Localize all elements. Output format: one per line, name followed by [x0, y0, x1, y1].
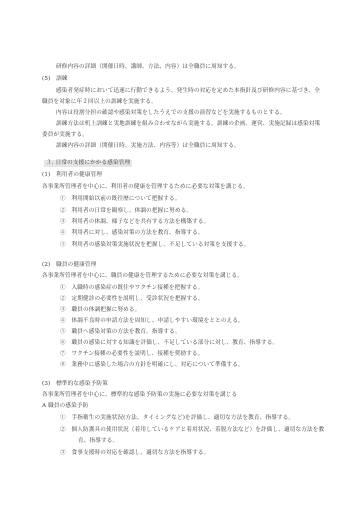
paragraph-line: 各事業所管理者を中心に、職員の健康を管理するために必要な対策を講じる。 [42, 273, 243, 280]
subsection-heading-staff-health: (2) 職員の健康管理 [42, 262, 96, 269]
list-item: ① 利用開始以前の既往歴について把握する。 [60, 196, 181, 203]
list-item: ③ 食事支援時の対応を確認し、適切な方法を指導する。 [60, 450, 209, 457]
list-item: ② 定期健診の必要性を説明し、受診状況を把握する。 [60, 296, 204, 303]
subsection-heading-drills: (5) 訓練 [42, 76, 68, 83]
training-details-line: 研修内容の詳細（開催日時、講師、方法、内容）は全職員に周知する。 [56, 64, 240, 71]
list-item: ⑧ 業務中に感染した場合の方針を明確にし、対応について準備する。 [60, 362, 244, 369]
list-item: ⑥ 職員の感染に対する知識を評価し、不足している部分に対し、教育、指導する。 [60, 340, 278, 347]
list-item: ⑤ 利用者の感染対策実施状況を把握し、不足している対策を支援する。 [60, 242, 250, 249]
paragraph-line: 各事業所管理者を中心に、利用者の健康を管理するために必要な対策を講じる。 [42, 184, 249, 191]
list-item: ③ 利用者の体調、様子などを共有する方法を構築する。 [60, 219, 209, 226]
paragraph-line: 内容は役割分担の確認や感染対策をしたうえでの支援の演習などを実施するものとする。 [56, 110, 286, 117]
list-item: ④ 体調不良時の申請方法を周知し、申請しやすい環境をととのえる。 [60, 318, 244, 325]
list-item: ⑦ ワクチン接種の必要性を説明し、接種を奨励する。 [60, 351, 203, 358]
section-heading-daily-support: ３. 日常の支援にかかる感染管理 [44, 160, 132, 167]
paragraph-line: 委員が実施する。 [42, 132, 88, 139]
list-item: ② 個人防護具の使用状況（着用しているケアと着用状況、着脱方法など）を評価し、適… [60, 427, 324, 434]
list-item: ② 利用者の日常を観察し、体調の把握に努める。 [60, 208, 192, 215]
list-item: ⑤ 職員へ感染対策の方法を教育、指導する。 [60, 329, 181, 336]
subsection-heading-standard-precautions: (3) 標準的な感染予防策 [42, 381, 108, 388]
list-item: ① 手指衛生の実施状況(方法、タイミングなど)を評価し、適切な方法を教育、指導す… [60, 415, 294, 422]
document-page: 研修内容の詳細（開催日時、講師、方法、内容）は全職員に周知する。 (5) 訓練 … [0, 0, 362, 512]
list-item-continuation: 育、指導する。 [78, 438, 118, 445]
paragraph-line: 職員を対象に年２回以上の訓練を実施する。 [42, 99, 157, 106]
list-item: ① 入職時の感染症の既往やワクチン接種を把握する。 [60, 285, 203, 292]
list-item: ④ 利用者に対し、感染対策の方法を教育、指導する。 [60, 230, 204, 237]
paragraph-line: 感染者発症時において迅速に行動できるよう、発生時の対応を定めた本指針及び研修内容… [56, 88, 320, 95]
paragraph-line: 各事業所管理者を中心に、標準的な感染予防策の実施に必要な対策を講じる [42, 392, 237, 399]
paragraph-line: 訓練内容の詳細（開催日時、実施方法、内容等）は全職員に周知する。 [56, 143, 240, 150]
list-item: ③ 職員の体調把握に努める。 [60, 307, 140, 314]
sub-heading-staff-infection-prevention: A 職員の感染予防 [42, 403, 88, 410]
subsection-heading-user-health: (1) 利用者の健康管理 [42, 172, 102, 179]
paragraph-line: 訓練方法は机上訓練と実地訓練を組み合わせながら実施する。訓練の企画、運営、実施記… [56, 121, 320, 128]
